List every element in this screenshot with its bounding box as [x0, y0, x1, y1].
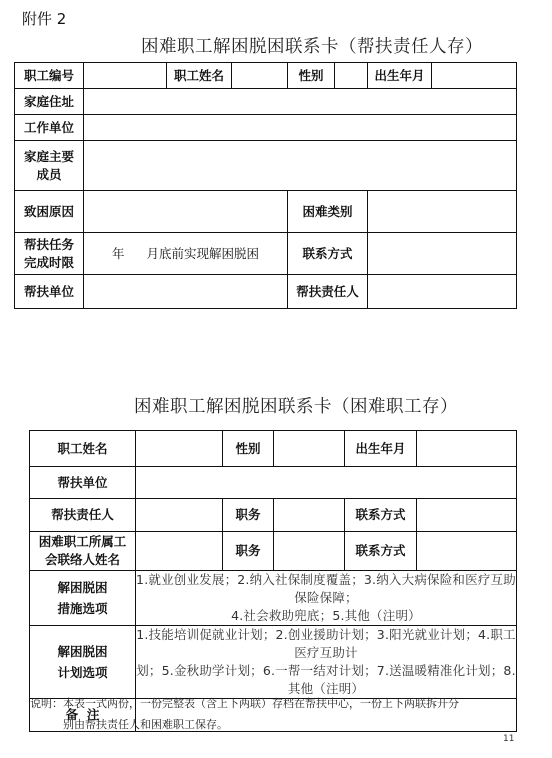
helper-contact-label: 联系方式 — [345, 499, 417, 532]
measures-options-line2: 4.社会救助兜底；5.其他（注明） — [231, 608, 421, 623]
gender-label: 性别 — [223, 431, 274, 467]
union-liaison-field[interactable] — [136, 532, 223, 571]
employee-name-field[interactable] — [136, 431, 223, 467]
hardship-category-label: 困难类别 — [288, 191, 368, 233]
union-liaison-label: 困难职工所属工 会联络人姓名 — [30, 532, 136, 571]
plan-options-label-line1: 解困脱困 — [57, 644, 107, 659]
employee-id-field[interactable] — [84, 63, 167, 89]
measures-options-label: 解困脱困 措施选项 — [30, 571, 136, 626]
employee-id-label: 职工编号 — [15, 63, 84, 89]
birth-date-field[interactable] — [417, 431, 517, 467]
contact-label: 联系方式 — [288, 233, 368, 275]
explanation-note-line2: 别由帮扶责任人和困难职工保存。 — [30, 714, 510, 735]
plan-options-line2: 划；5.金秋助学计划；6.一帮一结对计划；7.送温暖精准化计划；8.其他（注明） — [136, 663, 516, 696]
employee-name-label: 职工姓名 — [167, 63, 232, 89]
birth-date-label: 出生年月 — [345, 431, 417, 467]
employee-name-field[interactable] — [232, 63, 288, 89]
union-position-label: 职务 — [223, 532, 274, 571]
home-address-field[interactable] — [84, 89, 517, 115]
plan-options-line1: 1.技能培训促就业计划；2.创业援助计划；3.阳光就业计划；4.职工医疗互助计 — [136, 627, 516, 660]
gender-field[interactable] — [335, 63, 368, 89]
task-deadline-label-line1: 帮扶任务 — [24, 237, 74, 252]
family-members-label-line2: 成员 — [36, 167, 61, 182]
page-number: 11 — [503, 734, 514, 744]
union-contact-label: 联系方式 — [345, 532, 417, 571]
gender-field[interactable] — [274, 431, 345, 467]
assistance-unit-field[interactable] — [136, 467, 517, 499]
helper-contact-field[interactable] — [417, 499, 517, 532]
family-members-field[interactable] — [84, 141, 517, 191]
deadline-month-text: 月底前实现解困脱困 — [147, 246, 260, 261]
task-deadline-field[interactable]: 年月底前实现解困脱困 — [84, 233, 288, 275]
responsible-helper-label: 帮扶责任人 — [30, 499, 136, 532]
union-contact-field[interactable] — [417, 532, 517, 571]
measures-options-label-line1: 解困脱困 — [57, 580, 107, 595]
measures-options-field[interactable]: 1.就业创业发展；2.纳入社保制度覆盖；3.纳入大病保险和医疗互助保险保障； 4… — [136, 571, 517, 626]
union-position-field[interactable] — [274, 532, 345, 571]
card2-table: 职工姓名 性别 出生年月 帮扶单位 帮扶责任人 职务 联系方式 困难职工所属工 … — [29, 430, 517, 732]
card1-table: 职工编号 职工姓名 性别 出生年月 家庭住址 工作单位 家庭主要 成员 致困原因… — [14, 62, 517, 309]
assistance-unit-label: 帮扶单位 — [30, 467, 136, 499]
task-deadline-label: 帮扶任务 完成时限 — [15, 233, 84, 275]
plan-options-label: 解困脱困 计划选项 — [30, 626, 136, 699]
card1-title: 困难职工解困脱困联系卡（帮扶责任人存） — [36, 33, 552, 58]
card2-title: 困难职工解困脱困联系卡（困难职工存） — [20, 393, 552, 418]
home-address-label: 家庭住址 — [15, 89, 84, 115]
hardship-cause-field[interactable] — [84, 191, 288, 233]
attachment-label: 附件 2 — [22, 8, 66, 29]
workplace-label: 工作单位 — [15, 115, 84, 141]
responsible-helper-field[interactable] — [368, 275, 517, 309]
workplace-field[interactable] — [84, 115, 517, 141]
assistance-unit-label: 帮扶单位 — [15, 275, 84, 309]
employee-name-label: 职工姓名 — [30, 431, 136, 467]
assistance-unit-field[interactable] — [84, 275, 288, 309]
contact-field[interactable] — [368, 233, 517, 275]
union-liaison-label-line1: 困难职工所属工 — [39, 534, 127, 549]
hardship-category-field[interactable] — [368, 191, 517, 233]
plan-options-field[interactable]: 1.技能培训促就业计划；2.创业援助计划；3.阳光就业计划；4.职工医疗互助计 … — [136, 626, 517, 699]
family-members-label-line1: 家庭主要 — [24, 149, 74, 164]
helper-position-label: 职务 — [223, 499, 274, 532]
measures-options-label-line2: 措施选项 — [57, 601, 107, 616]
helper-position-field[interactable] — [274, 499, 345, 532]
responsible-helper-label: 帮扶责任人 — [288, 275, 368, 309]
union-liaison-label-line2: 会联络人姓名 — [45, 552, 120, 567]
gender-label: 性别 — [288, 63, 335, 89]
hardship-cause-label: 致困原因 — [15, 191, 84, 233]
responsible-helper-field[interactable] — [136, 499, 223, 532]
measures-options-line1: 1.就业创业发展；2.纳入社保制度覆盖；3.纳入大病保险和医疗互助保险保障； — [136, 572, 516, 605]
birth-date-label: 出生年月 — [368, 63, 432, 89]
explanation-note: 说明：本表一式两份，一份完整表（含上下两联）存档在帮扶中心，一份上下两联拆开分 … — [30, 693, 510, 735]
birth-date-field[interactable] — [432, 63, 517, 89]
task-deadline-label-line2: 完成时限 — [24, 255, 74, 270]
plan-options-label-line2: 计划选项 — [57, 665, 107, 680]
family-members-label: 家庭主要 成员 — [15, 141, 84, 191]
deadline-year-text: 年 — [112, 246, 125, 261]
explanation-note-line1: 说明：本表一式两份，一份完整表（含上下两联）存档在帮扶中心，一份上下两联拆开分 — [30, 697, 459, 710]
